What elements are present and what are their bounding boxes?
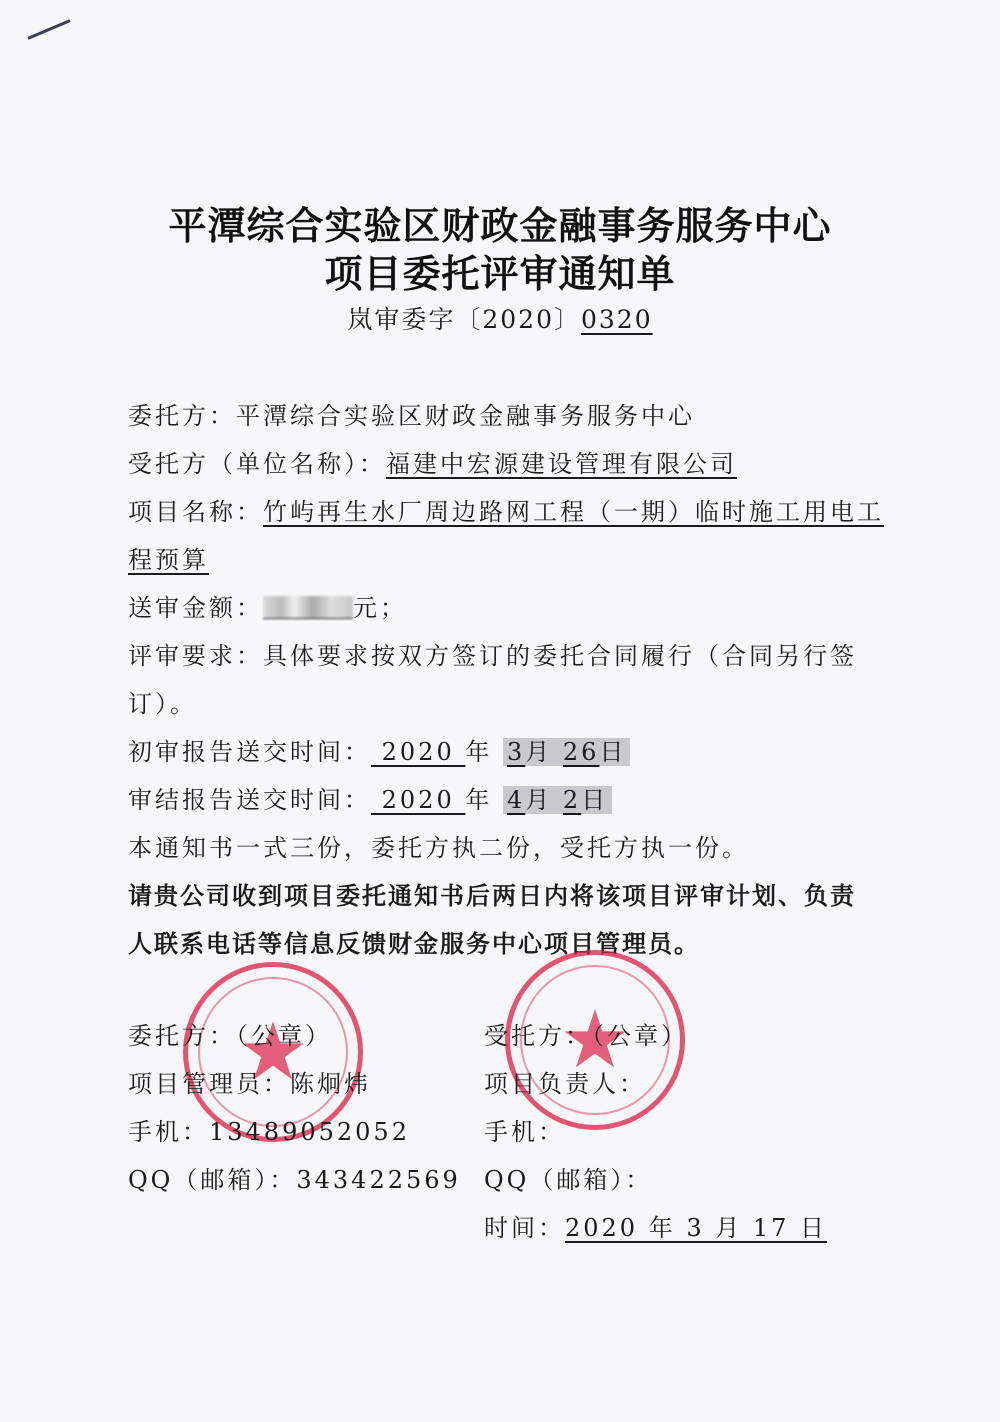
contractor-row: 受托方（单位名称）：福建中宏源建设管理有限公司 (128, 444, 737, 479)
prelim-year: 2020 (371, 738, 465, 766)
requirement-value-cont: 订）。 (128, 690, 197, 718)
document-number: 岚审委字〔2020〕0320 (0, 300, 1000, 336)
manager-name: 陈炯炜 (290, 1070, 371, 1098)
right-party: 受托方：（公章） (484, 1016, 688, 1051)
copies-note: 本通知书一式三份，委托方执二份，受托方执一份。 (128, 828, 749, 863)
phone-label: 手机： (128, 1118, 209, 1146)
document-title-line2: 项目委托评审通知单 (0, 243, 1000, 298)
redacted-amount (263, 596, 353, 619)
day-unit: 日 (599, 738, 626, 766)
client-label: 委托方： (128, 402, 236, 430)
right-date-row: 时间：2020 年 3 月 17 日 (484, 1208, 827, 1243)
qq-value: 343422569 (296, 1166, 460, 1194)
requirement-row-cont: 订）。 (128, 684, 197, 719)
prelim-report-row: 初审报告送交时间： 2020 年 3月 26日 (128, 732, 630, 767)
project-row-cont: 程预算 (128, 540, 209, 575)
prelim-date-highlight: 3月 26日 (503, 738, 630, 766)
right-phone-row: 手机： (484, 1112, 565, 1147)
client-row: 委托方：平潭综合实验区财政金融事务服务中心 (128, 396, 695, 431)
prelim-month: 3 (507, 738, 525, 766)
final-report-row: 审结报告送交时间： 2020 年 4月 2日 (128, 780, 612, 815)
contractor-value: 福建中宏源建设管理有限公司 (386, 450, 737, 478)
year-unit: 年 (465, 786, 492, 814)
left-manager-row: 项目管理员：陈炯炜 (128, 1064, 371, 1099)
year-unit: 年 (465, 738, 492, 766)
amount-label: 送审金额： (128, 594, 263, 622)
client-value: 平潭综合实验区财政金融事务服务中心 (236, 402, 695, 430)
project-value-cont: 程预算 (128, 546, 209, 574)
requirement-value: 具体要求按双方签订的委托合同履行（合同另行签 (263, 642, 857, 670)
final-label: 审结报告送交时间： (128, 786, 371, 814)
project-value: 竹屿再生水厂周边路网工程（一期）临时施工用电工 (263, 498, 884, 526)
manager-label: 项目管理员： (128, 1070, 290, 1098)
instruction-line1: 请贵公司收到项目委托通知书后两日内将该项目评审计划、负责 (128, 876, 856, 911)
contractor-label: 受托方（单位名称）： (128, 450, 386, 478)
left-party: 委托方：（公章） (128, 1016, 332, 1051)
amount-row: 送审金额：元； (128, 588, 407, 623)
month-unit: 月 (525, 786, 552, 814)
month-unit: 月 (525, 738, 552, 766)
phone-value: 13489052052 (209, 1118, 410, 1146)
day-unit: 日 (581, 786, 608, 814)
left-qq-row: QQ（邮箱）：343422569 (128, 1160, 461, 1195)
final-month: 4 (507, 786, 525, 814)
requirement-row: 评审要求：具体要求按双方签订的委托合同履行（合同另行签 (128, 636, 857, 671)
final-year: 2020 (371, 786, 465, 814)
left-phone-row: 手机：13489052052 (128, 1112, 410, 1147)
requirement-label: 评审要求： (128, 642, 263, 670)
final-day: 2 (563, 786, 581, 814)
final-date-highlight: 4月 2日 (503, 786, 612, 814)
doc-no-value: 0320 (581, 305, 653, 334)
document-title-line1: 平潭综合实验区财政金融事务服务中心 (0, 195, 1000, 250)
project-row: 项目名称：竹屿再生水厂周边路网工程（一期）临时施工用电工 (128, 492, 884, 527)
doc-no-prefix: 岚审委字〔2020〕 (347, 305, 581, 334)
staple-mark (27, 19, 71, 40)
date-label: 时间： (484, 1214, 565, 1242)
project-label: 项目名称： (128, 498, 263, 526)
prelim-day: 26 (563, 738, 600, 766)
right-qq-row: QQ（邮箱）： (484, 1160, 652, 1195)
prelim-label: 初审报告送交时间： (128, 738, 371, 766)
right-lead-row: 项目负责人： (484, 1064, 646, 1099)
amount-unit: 元； (353, 594, 407, 622)
date-value: 2020 年 3 月 17 日 (565, 1214, 827, 1242)
qq-label: QQ（邮箱）： (128, 1166, 296, 1194)
